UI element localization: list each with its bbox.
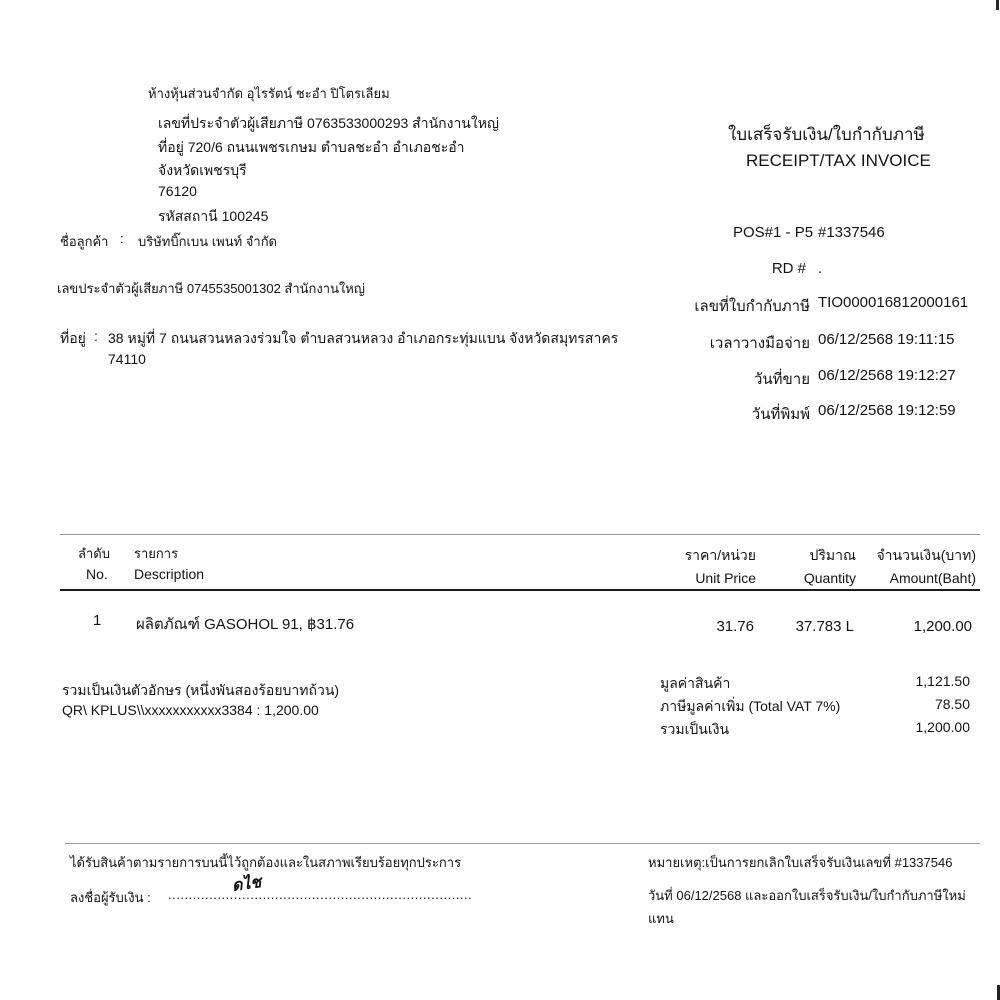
customer-name-label: ชื่อลูกค้า <box>60 231 108 252</box>
row-amount: 1,200.00 <box>860 618 972 635</box>
header-desc-th: รายการ <box>134 543 178 564</box>
tax-invoice-label: เลขที่ใบกำกับภาษี <box>640 294 810 318</box>
row-unit-price: 31.76 <box>640 618 754 635</box>
received-statement: ได้รับสินค้าตามรายการบนนี้ไว้ถูกต้องและใ… <box>70 852 461 873</box>
total-label: รวมเป็นเงิน <box>660 719 729 741</box>
vat-value: 78.50 <box>860 696 970 712</box>
payment-line: QR\ KPLUS\\xxxxxxxxxxx3384 : 1,200.00 <box>62 702 319 718</box>
customer-address-postcode: 74110 <box>108 351 146 367</box>
header-qty-en: Quantity <box>760 570 856 586</box>
seller-postcode: 76120 <box>158 183 197 199</box>
nozzle-time-value: 06/12/2568 19:11:15 <box>818 331 955 348</box>
seller-name: ห้างหุ้นส่วนจำกัด อุไรรัตน์ ชะอำ ปิโตรเล… <box>148 83 390 104</box>
row-description: ผลิตภัณฑ์ GASOHOL 91, ฿31.76 <box>136 612 354 636</box>
seller-station-code: รหัสสถานี 100245 <box>158 206 268 228</box>
sale-date-value: 06/12/2568 19:12:27 <box>818 367 956 384</box>
header-price-en: Unit Price <box>640 570 756 586</box>
header-amount-en: Amount(Baht) <box>860 570 976 586</box>
header-no-en: No. <box>86 566 108 582</box>
remark-line1: หมายเหตุ:เป็นการยกเลิกใบเสร็จรับเงินเลขท… <box>648 852 952 873</box>
doc-title-en: RECEIPT/TAX INVOICE <box>746 151 931 171</box>
scan-mark <box>996 0 999 10</box>
subtotal-label: มูลค่าสินค้า <box>660 673 730 695</box>
row-no: 1 <box>93 612 101 629</box>
header-amount-th: จำนวนเงิน(บาท) <box>860 545 976 567</box>
row-quantity: 37.783 L <box>760 618 854 635</box>
pos-number: #1337546 <box>818 224 885 241</box>
nozzle-time-label: เวลาวางมือจ่าย <box>640 331 810 355</box>
header-price-th: ราคา/หน่วย <box>640 545 756 567</box>
table-header-rule <box>60 589 980 591</box>
rd-value: . <box>818 260 822 277</box>
print-date-label: วันที่พิมพ์ <box>640 402 810 426</box>
seller-tax-id: เลขที่ประจำตัวผู้เสียภาษี 0763533000293 … <box>158 113 499 135</box>
sale-date-label: วันที่ขาย <box>640 367 810 391</box>
signature-line: ........................................… <box>168 887 472 902</box>
vat-label: ภาษีมูลค่าเพิ่ม (Total VAT 7%) <box>660 696 840 718</box>
customer-address: 38 หมู่ที่ 7 ถนนสวนหลวงร่วมใจ ตำบลสวนหลว… <box>108 328 618 350</box>
print-date-value: 06/12/2568 19:12:59 <box>818 402 956 419</box>
signature-label: ลงชื่อผู้รับเงิน : <box>70 887 151 908</box>
handwritten-signature: ดไช <box>230 870 262 899</box>
header-no-th: ลำดับ <box>78 543 110 564</box>
total-value: 1,200.00 <box>860 719 970 735</box>
customer-address-sep: : <box>94 328 98 344</box>
header-desc-en: Description <box>134 566 204 582</box>
pos-label: POS#1 - P5 <box>733 224 813 241</box>
seller-address-line1: ที่อยู่ 720/6 ถนนเพชรเกษม ตำบลชะอำ อำเภอ… <box>158 137 465 159</box>
remark-line3: แทน <box>648 908 674 929</box>
customer-name: บริษัทบิ๊กเบน เพนท์ จำกัด <box>138 231 277 252</box>
remark-line2: วันที่ 06/12/2568 และออกใบเสร็จรับเงิน/ใ… <box>648 885 966 906</box>
customer-name-sep: : <box>120 231 124 246</box>
customer-tax-id: เลขประจำตัวผู้เสียภาษี 0745535001302 สำน… <box>57 278 365 299</box>
amount-in-words: รวมเป็นเงินตัวอักษร (หนึ่งพันสองร้อยบาทถ… <box>62 680 339 702</box>
footer-rule <box>65 843 980 844</box>
subtotal-value: 1,121.50 <box>860 673 970 689</box>
table-top-rule <box>60 534 980 535</box>
header-qty-th: ปริมาณ <box>760 545 856 567</box>
customer-address-label: ที่อยู่ <box>60 328 86 350</box>
doc-title-th: ใบเสร็จรับเงิน/ใบกำกับภาษี <box>728 121 925 148</box>
seller-address-line2: จังหวัดเพชรบุรี <box>158 160 247 182</box>
tax-invoice-number: TIO000016812000161 <box>818 294 968 311</box>
rd-label: RD # <box>700 260 806 277</box>
